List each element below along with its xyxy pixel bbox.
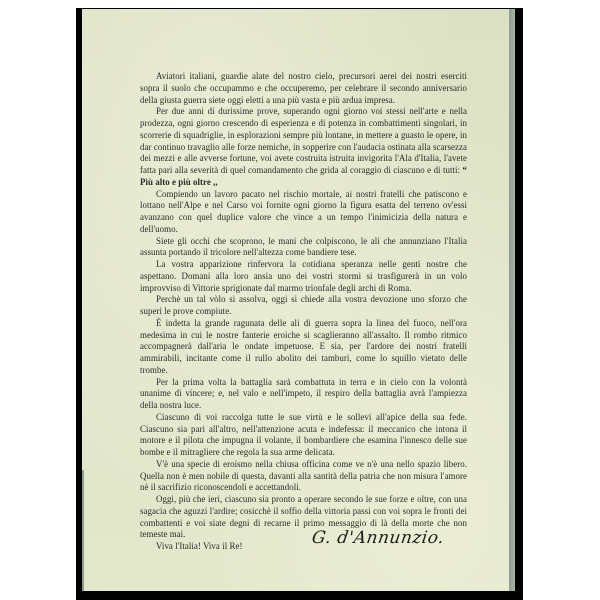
paragraph: Aviatori italiani, guardie alate del nos… (140, 71, 467, 106)
paragraph: V'è una specie di eroismo nella chiusa o… (140, 459, 467, 494)
paragraph: Per due anni di durissime prove, superan… (140, 106, 467, 188)
signature: G. d'Annunzio. (311, 528, 446, 548)
proclamation-text: Aviatori italiani, guardie alate del nos… (140, 71, 467, 553)
paragraph: Per la prima volta la battaglia sarà com… (140, 377, 467, 412)
paper-edge-right (509, 9, 515, 591)
paragraph: La vostra apparizione rinfervora la coti… (140, 259, 467, 294)
paragraph: Perchè un tal vòlo si assolva, oggi si c… (140, 294, 467, 318)
paragraph: È indetta la grande ragunata delle ali d… (140, 318, 467, 377)
paragraph-text: Per due anni di durissime prove, superan… (140, 106, 467, 175)
paragraph: Compiendo un lavoro pacato nel rischio m… (140, 189, 467, 236)
paper-edge-left (82, 470, 84, 591)
paragraph: Siete gli occhi che scoprono, le mani ch… (140, 236, 467, 260)
paragraph: Ciascuno di voi raccolga tutte le sue vi… (140, 412, 467, 459)
